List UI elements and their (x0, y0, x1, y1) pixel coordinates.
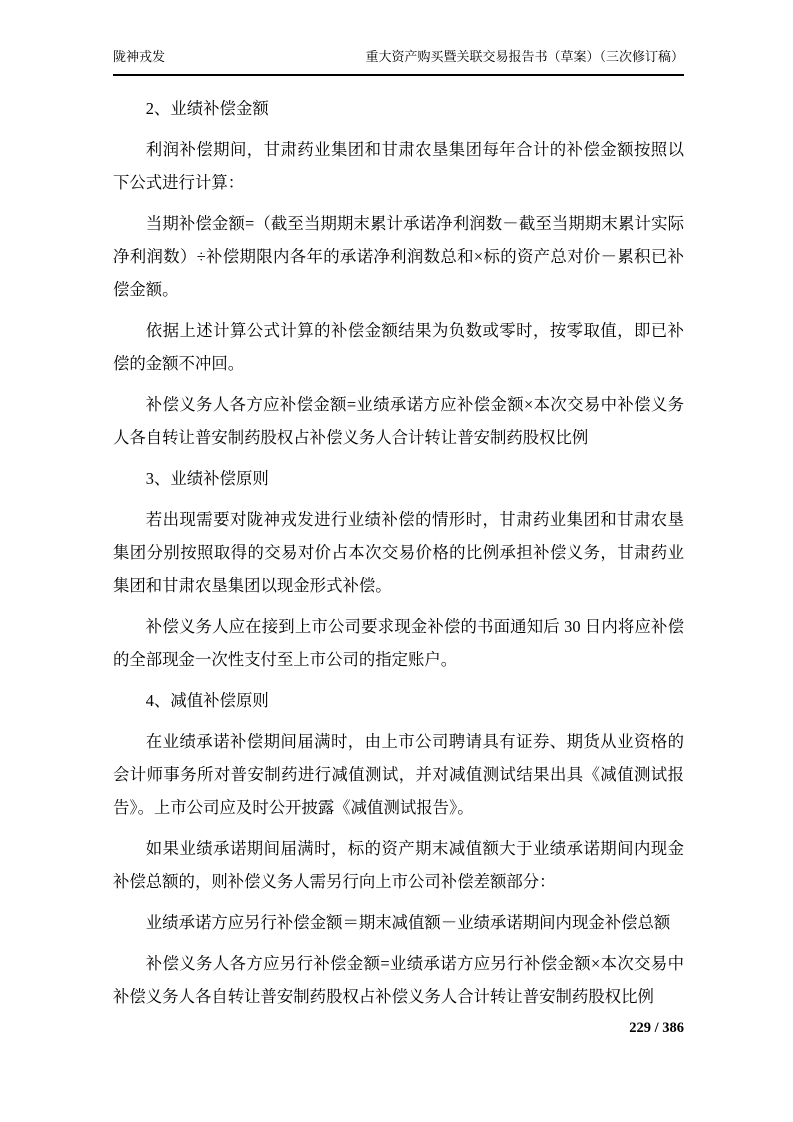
paragraph-additional-compensation-formula: 业绩承诺方应另行补偿金额＝期末减值额－业绩承诺期间内现金补偿总额 (113, 906, 684, 939)
section-heading-impairment-principle: 4、减值补偿原则 (113, 684, 684, 717)
page-number: 229 / 386 (629, 1020, 684, 1036)
paragraph-impairment-difference: 如果业绩承诺期间届满时，标的资产期末减值额大于业绩承诺期间内现金补偿总额的，则补… (113, 832, 684, 898)
paragraph-impairment-test: 在业绩承诺补偿期间届满时，由上市公司聘请具有证券、期货从业资格的会计师事务所对普… (113, 725, 684, 824)
page-footer: 229 / 386 (113, 1018, 684, 1038)
section-heading-compensation-principle: 3、业绩补偿原则 (113, 462, 684, 495)
header-company-name: 陇神戎发 (113, 48, 165, 66)
header-divider (113, 74, 684, 76)
page-header: 陇神戎发 重大资产购买暨关联交易报告书（草案）（三次修订稿） (113, 48, 684, 66)
paragraph-compensation-obligation-ratio: 若出现需要对陇神戎发进行业绩补偿的情形时，甘肃药业集团和甘肃农垦集团分别按照取得… (113, 503, 684, 602)
document-page: 陇神戎发 重大资产购买暨关联交易报告书（草案）（三次修订稿） 2、业绩补偿金额 … (0, 0, 793, 1122)
paragraph-current-compensation-formula: 当期补偿金额=（截至当期期末累计承诺净利润数－截至当期期末累计实际净利润数）÷补… (113, 207, 684, 306)
document-body: 2、业绩补偿金额 利润补偿期间，甘肃药业集团和甘肃农垦集团每年合计的补偿金额按照… (113, 84, 684, 1021)
paragraph-negative-or-zero-rule: 依据上述计算公式计算的补偿金额结果为负数或零时，按零取值，即已补偿的金额不冲回。 (113, 314, 684, 380)
paragraph-cash-payment-30-days: 补偿义务人应在接到上市公司要求现金补偿的书面通知后 30 日内将应补偿的全部现金… (113, 610, 684, 676)
paragraph-obligor-share-formula: 补偿义务人各方应补偿金额=业绩承诺方应补偿金额×本次交易中补偿义务人各自转让普安… (113, 388, 684, 454)
paragraph-additional-obligor-share-formula: 补偿义务人各方应另行补偿金额=业绩承诺方应另行补偿金额×本次交易中补偿义务人各自… (113, 947, 684, 1013)
section-heading-performance-compensation-amount: 2、业绩补偿金额 (113, 92, 684, 125)
paragraph-profit-compensation-period: 利润补偿期间，甘肃药业集团和甘肃农垦集团每年合计的补偿金额按照以下公式进行计算： (113, 133, 684, 199)
header-report-title: 重大资产购买暨关联交易报告书（草案）（三次修订稿） (365, 48, 684, 66)
